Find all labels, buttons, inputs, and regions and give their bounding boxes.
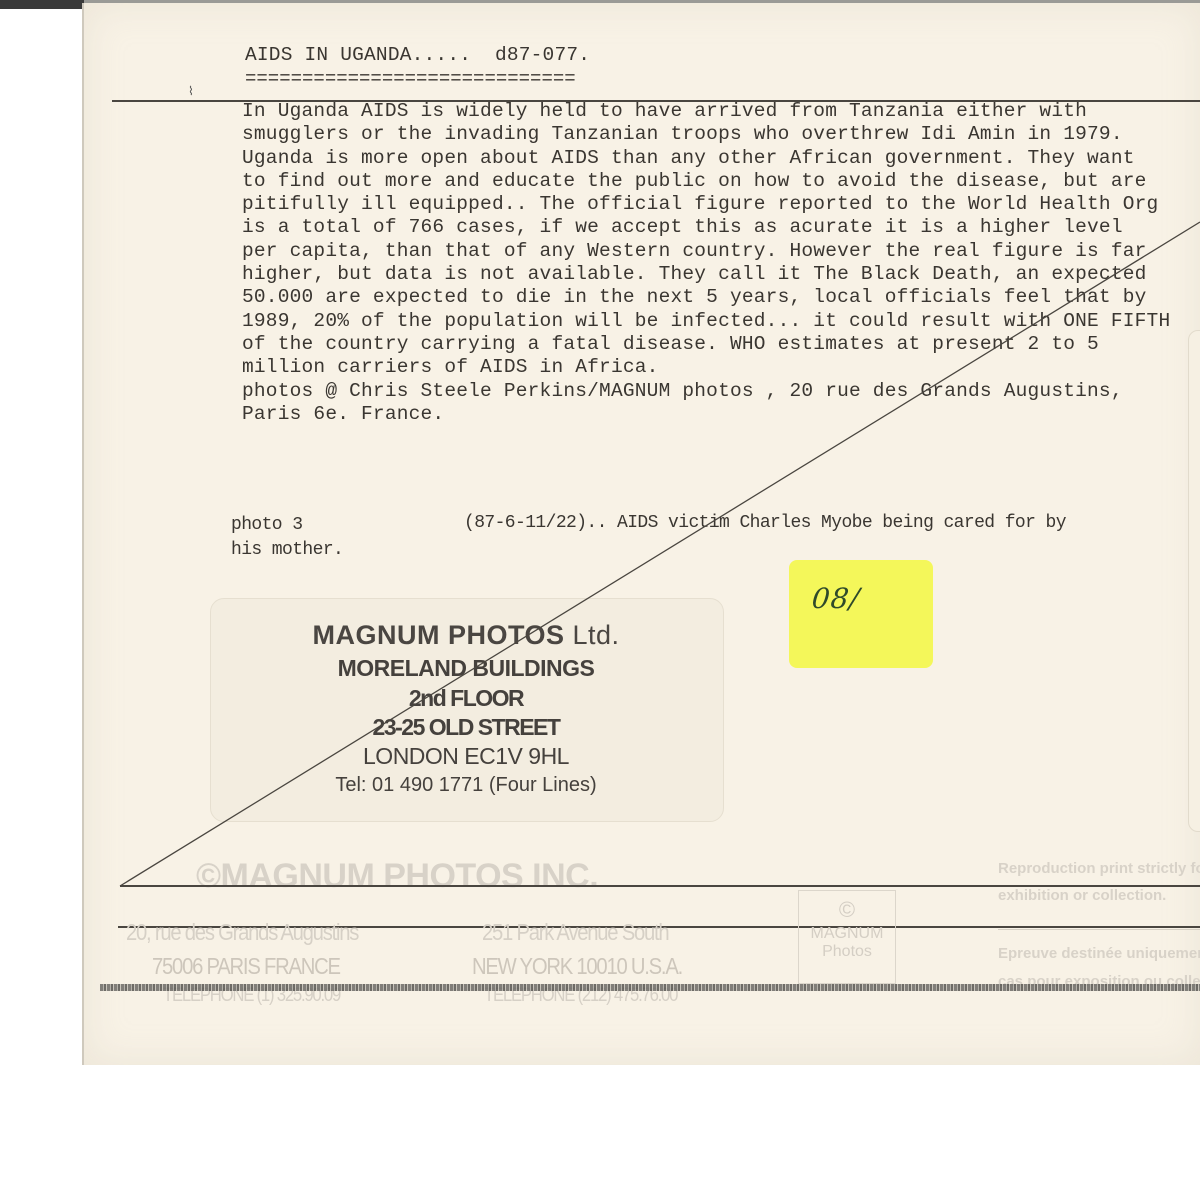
photo-caption-continuation: his mother. <box>231 537 343 563</box>
caption-body: In Uganda AIDS is widely held to have ar… <box>242 100 1170 426</box>
stamp-floor: 2nd FLOOR <box>210 685 722 712</box>
stamp-company: MAGNUM PHOTOS Ltd. <box>210 620 722 651</box>
magnum-logo: © MAGNUM Photos <box>798 890 896 984</box>
body-line: Uganda is more open about AIDS than any … <box>242 147 1170 170</box>
underlying-card-edge <box>1188 330 1200 832</box>
notice-english-2: exhibition or collection. <box>998 887 1166 904</box>
body-line: Paris 6e. France. <box>242 403 1170 426</box>
body-line: photos @ Chris Steele Perkins/MAGNUM pho… <box>242 380 1170 403</box>
stamp-street: 23-25 OLD STREET <box>210 714 722 741</box>
logo-name: MAGNUM <box>799 925 895 943</box>
newyork-street: 251 Park Avenue South <box>482 919 668 946</box>
notice-english-1: Reproduction print strictly fo <box>998 860 1200 877</box>
scan-edge-dark <box>0 0 84 9</box>
handwritten-number: 08/ <box>810 582 862 615</box>
body-line: 1989, 20% of the population will be infe… <box>242 310 1170 333</box>
paris-city: 75006 PARIS FRANCE <box>152 953 340 980</box>
title-underline: ============================= <box>245 68 576 91</box>
body-line: million carriers of AIDS in Africa. <box>242 356 1170 379</box>
body-line: 50.000 are expected to die in the next 5… <box>242 286 1170 309</box>
body-line: of the country carrying a fatal disease.… <box>242 333 1170 356</box>
stamp-city: LONDON EC1V 9HL <box>210 743 722 770</box>
body-line: is a total of 766 cases, if we accept th… <box>242 216 1170 239</box>
notice-french-1: Epreuve destinée uniquemen <box>998 945 1200 962</box>
photo-caption: (87-6-11/22).. AIDS victim Charles Myobe… <box>464 510 1066 536</box>
document-title: AIDS IN UGANDA..... d87-077. <box>245 44 590 67</box>
notice-divider <box>998 929 1200 930</box>
body-line: In Uganda AIDS is widely held to have ar… <box>242 100 1170 123</box>
body-line: higher, but data is not available. They … <box>242 263 1170 286</box>
pencil-tick-mark: ⌇ <box>188 84 194 98</box>
scan-artifact-rule <box>100 984 1200 991</box>
body-line: smugglers or the invading Tanzanian troo… <box>242 123 1170 146</box>
photo-number: photo 3 <box>231 512 302 538</box>
copyright-icon: © <box>799 897 895 923</box>
body-line: pitifully ill equipped.. The official fi… <box>242 193 1170 216</box>
stamp-company-suffix: Ltd. <box>564 620 619 650</box>
body-line: per capita, than that of any Western cou… <box>242 240 1170 263</box>
stamp-telephone: Tel: 01 490 1771 (Four Lines) <box>210 774 722 797</box>
logo-sub: Photos <box>799 943 895 961</box>
stamp-building: MORELAND BUILDINGS <box>210 655 722 682</box>
paris-street: 20, rue des Grands Augustins <box>126 919 358 946</box>
newyork-city: NEW YORK 10010 U.S.A. <box>472 953 682 980</box>
letterhead-company: ©MAGNUM PHOTOS INC. <box>196 857 598 896</box>
body-line: to find out more and educate the public … <box>242 170 1170 193</box>
stamp-company-name: MAGNUM PHOTOS <box>312 620 564 650</box>
